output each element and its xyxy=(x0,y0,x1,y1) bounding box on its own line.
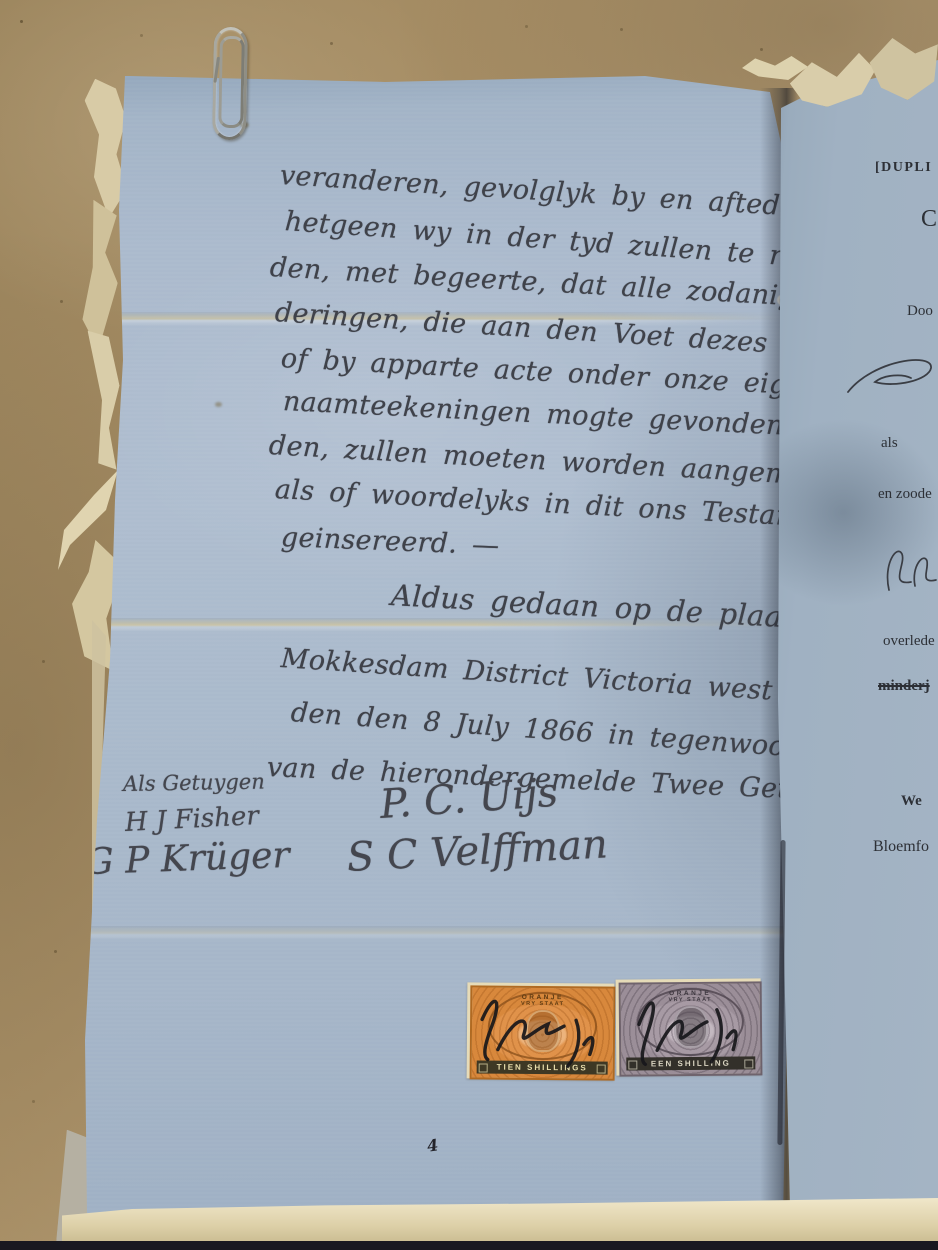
printed-word-minderjarige: minderj xyxy=(878,678,930,695)
photo-bottom-shadow xyxy=(0,1241,938,1250)
printed-word-wees: We xyxy=(901,793,922,810)
cardboard-specks xyxy=(20,20,23,23)
witness-signature: G P Krüger xyxy=(84,835,290,883)
revenue-stamp-one-shilling: ORANJE VRY STAAT EEN SHILLING xyxy=(616,978,762,1075)
handwritten-flourish xyxy=(845,352,938,404)
printed-word-bloemfontein: Bloemfo xyxy=(873,838,929,856)
handwritten-flourish xyxy=(881,542,938,600)
fold-line xyxy=(85,926,797,940)
duplicate-label: [DUPLI xyxy=(875,160,932,176)
cancellation-ink xyxy=(463,979,624,1090)
paperclip xyxy=(212,27,248,141)
witness-heading: Als Getuygen xyxy=(123,770,265,796)
page-number-mark: 4 xyxy=(426,1135,440,1155)
printed-page: [DUPLI C Doo als en zoode overlede minde… xyxy=(775,0,938,1250)
manuscript-line: geinsereerd. — xyxy=(280,522,500,561)
testator-signature: S C Velffman xyxy=(346,821,609,881)
printed-word-overleden: overlede xyxy=(883,633,935,650)
paperclip-inner-wire xyxy=(218,36,245,128)
stain xyxy=(215,402,222,407)
revenue-stamp-ten-shillings: ORANJE VRY STAAT TIEN SHILLINGS xyxy=(467,982,615,1079)
printed-large-initial: C xyxy=(921,206,937,233)
cancellation-ink xyxy=(613,975,774,1086)
stamp-body: ORANJE VRY STAAT EEN SHILLING xyxy=(619,981,763,1076)
printed-word-als: als xyxy=(881,435,898,452)
manuscript-page: veranderen, gevolglyk by en aftedoen e h… xyxy=(85,60,797,1220)
witness-signature: H J Fisher xyxy=(124,801,259,838)
torn-paper-fragment xyxy=(81,199,120,350)
stamp-body: ORANJE VRY STAAT TIEN SHILLINGS xyxy=(470,985,616,1080)
printed-word-en-zoodanig: en zoode xyxy=(878,486,932,503)
printed-word-door: Doo xyxy=(907,303,933,320)
archival-photo: veranderen, gevolglyk by en aftedoen e h… xyxy=(0,0,938,1250)
torn-paper-fragment xyxy=(88,330,123,471)
